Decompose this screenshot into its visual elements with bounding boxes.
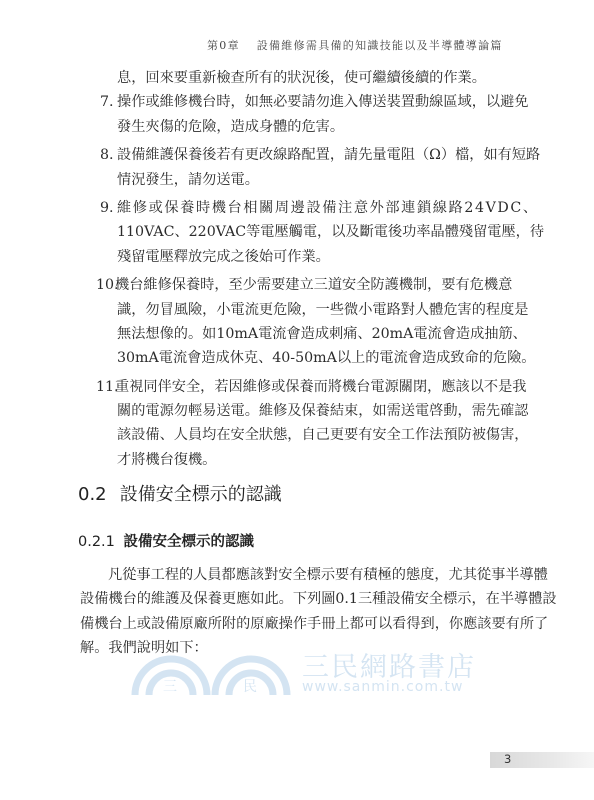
subsection-heading: 0.2.1 設備安全標示的認識 [78,530,254,551]
item-text: 殘留電壓釋放完成之後始可作業。 [100,245,540,269]
subsection-title: 設備安全標示的認識 [124,534,255,550]
list-item-7: 7.操作或維修機台時，如無必要請勿進入傳送裝置動線區域，以避免 發生夾傷的危險，… [100,90,540,139]
running-header: 第0章 設備維修需具備的知識技能以及半導體導論篇 [207,37,547,53]
sanmin-logo-icon: 三 民 [127,647,297,697]
section-title: 設備安全標示的認識 [120,484,282,505]
item-number: 11. [96,375,115,399]
item-number: 10. [96,273,115,297]
item-text: 設備維護保養後若有更改線路配置，請先量電阻（Ω）檔，如有短路 [117,147,540,163]
page-number-bar: 3 [490,752,594,768]
item-text: 關的電源勿輕易送電。維修及保養結束，如需送電啓動，需先確認 [100,399,540,423]
chapter-label: 第0章 [207,39,240,52]
paragraph-line: 設備機台的維護及保養更應如此。下列圖0.1三種設備安全標示，在半導體設 [80,587,540,611]
section-heading: 0.2 設備安全標示的認識 [78,480,282,506]
list-item-10: 10.機台維修保養時，至少需要建立三道安全防護機制，要有危機意 識，勿冒風險，小… [100,273,540,371]
item-text: 才將機台復機。 [100,448,540,472]
continuation-line: 息，回來要重新檢查所有的狀況後，使可繼續後續的作業。 [100,66,540,90]
svg-text:民: 民 [243,679,257,695]
numbered-list: 息，回來要重新檢查所有的狀況後，使可繼續後續的作業。 7.操作或維修機台時，如無… [100,66,540,472]
item-text: 發生夾傷的危險，造成身體的危害。 [100,115,540,139]
item-text: 操作或維修機台時，如無必要請勿進入傳送裝置動線區域，以避免 [117,94,528,110]
watermark-url: www.sanmin.com.tw [302,679,463,695]
svg-text:三: 三 [163,679,177,695]
item-text: 識，勿冒風險，小電流更危險，一些微小電路對人體危害的程度是 [100,298,540,322]
paragraph-line: 凡從事工程的人員都應該對安全標示要有積極的態度，尤其從事半導體 [80,563,540,587]
list-item-11: 11.重視同伴安全，若因維修或保養而將機台電源關閉，應該以不是我 關的電源勿輕易… [100,375,540,473]
item-text: 該設備、人員均在安全狀態，自己更要有安全工作法預防被傷害， [100,423,540,447]
item-number: 9. [100,196,117,220]
item-number: 8. [100,143,117,167]
item-text: 無法想像的。如10mA電流會造成刺痛、20mA電流會造成抽筋、 [100,322,540,346]
item-number: 7. [100,90,117,114]
section-number: 0.2 [78,484,114,505]
list-item-8: 8.設備維護保養後若有更改線路配置，請先量電阻（Ω）檔，如有短路 情況發生，請勿… [100,143,540,192]
item-text: 重視同伴安全，若因維修或保養而將機台電源關閉，應該以不是我 [115,379,526,395]
item-text: 情況發生，請勿送電。 [100,168,540,192]
item-text: 110VAC、220VAC等電壓觸電，以及斷電後功率晶體殘留電壓，待 [100,220,540,244]
paragraph-line: 備機台上或設備原廠所附的原廠操作手冊上都可以看得到，你應該要有所了 [80,612,540,636]
page-number: 3 [504,752,511,766]
list-item-9: 9.維修或保養時機台相關周邊設備注意外部連鎖線路24VDC、 110VAC、22… [100,196,540,269]
item-text: 30mA電流會造成休克、40-50mA以上的電流會造成致命的危險。 [100,346,540,370]
item-text: 機台維修保養時，至少需要建立三道安全防護機制，要有危機意 [115,277,512,293]
chapter-title: 設備維修需具備的知識技能以及半導體導論篇 [257,39,503,52]
item-text: 維修或保養時機台相關周邊設備注意外部連鎖線路24VDC、 [117,200,539,216]
sanmin-watermark: 三 民 三民網路書店 www.sanmin.com.tw [127,647,527,707]
subsection-number: 0.2.1 [78,534,115,550]
